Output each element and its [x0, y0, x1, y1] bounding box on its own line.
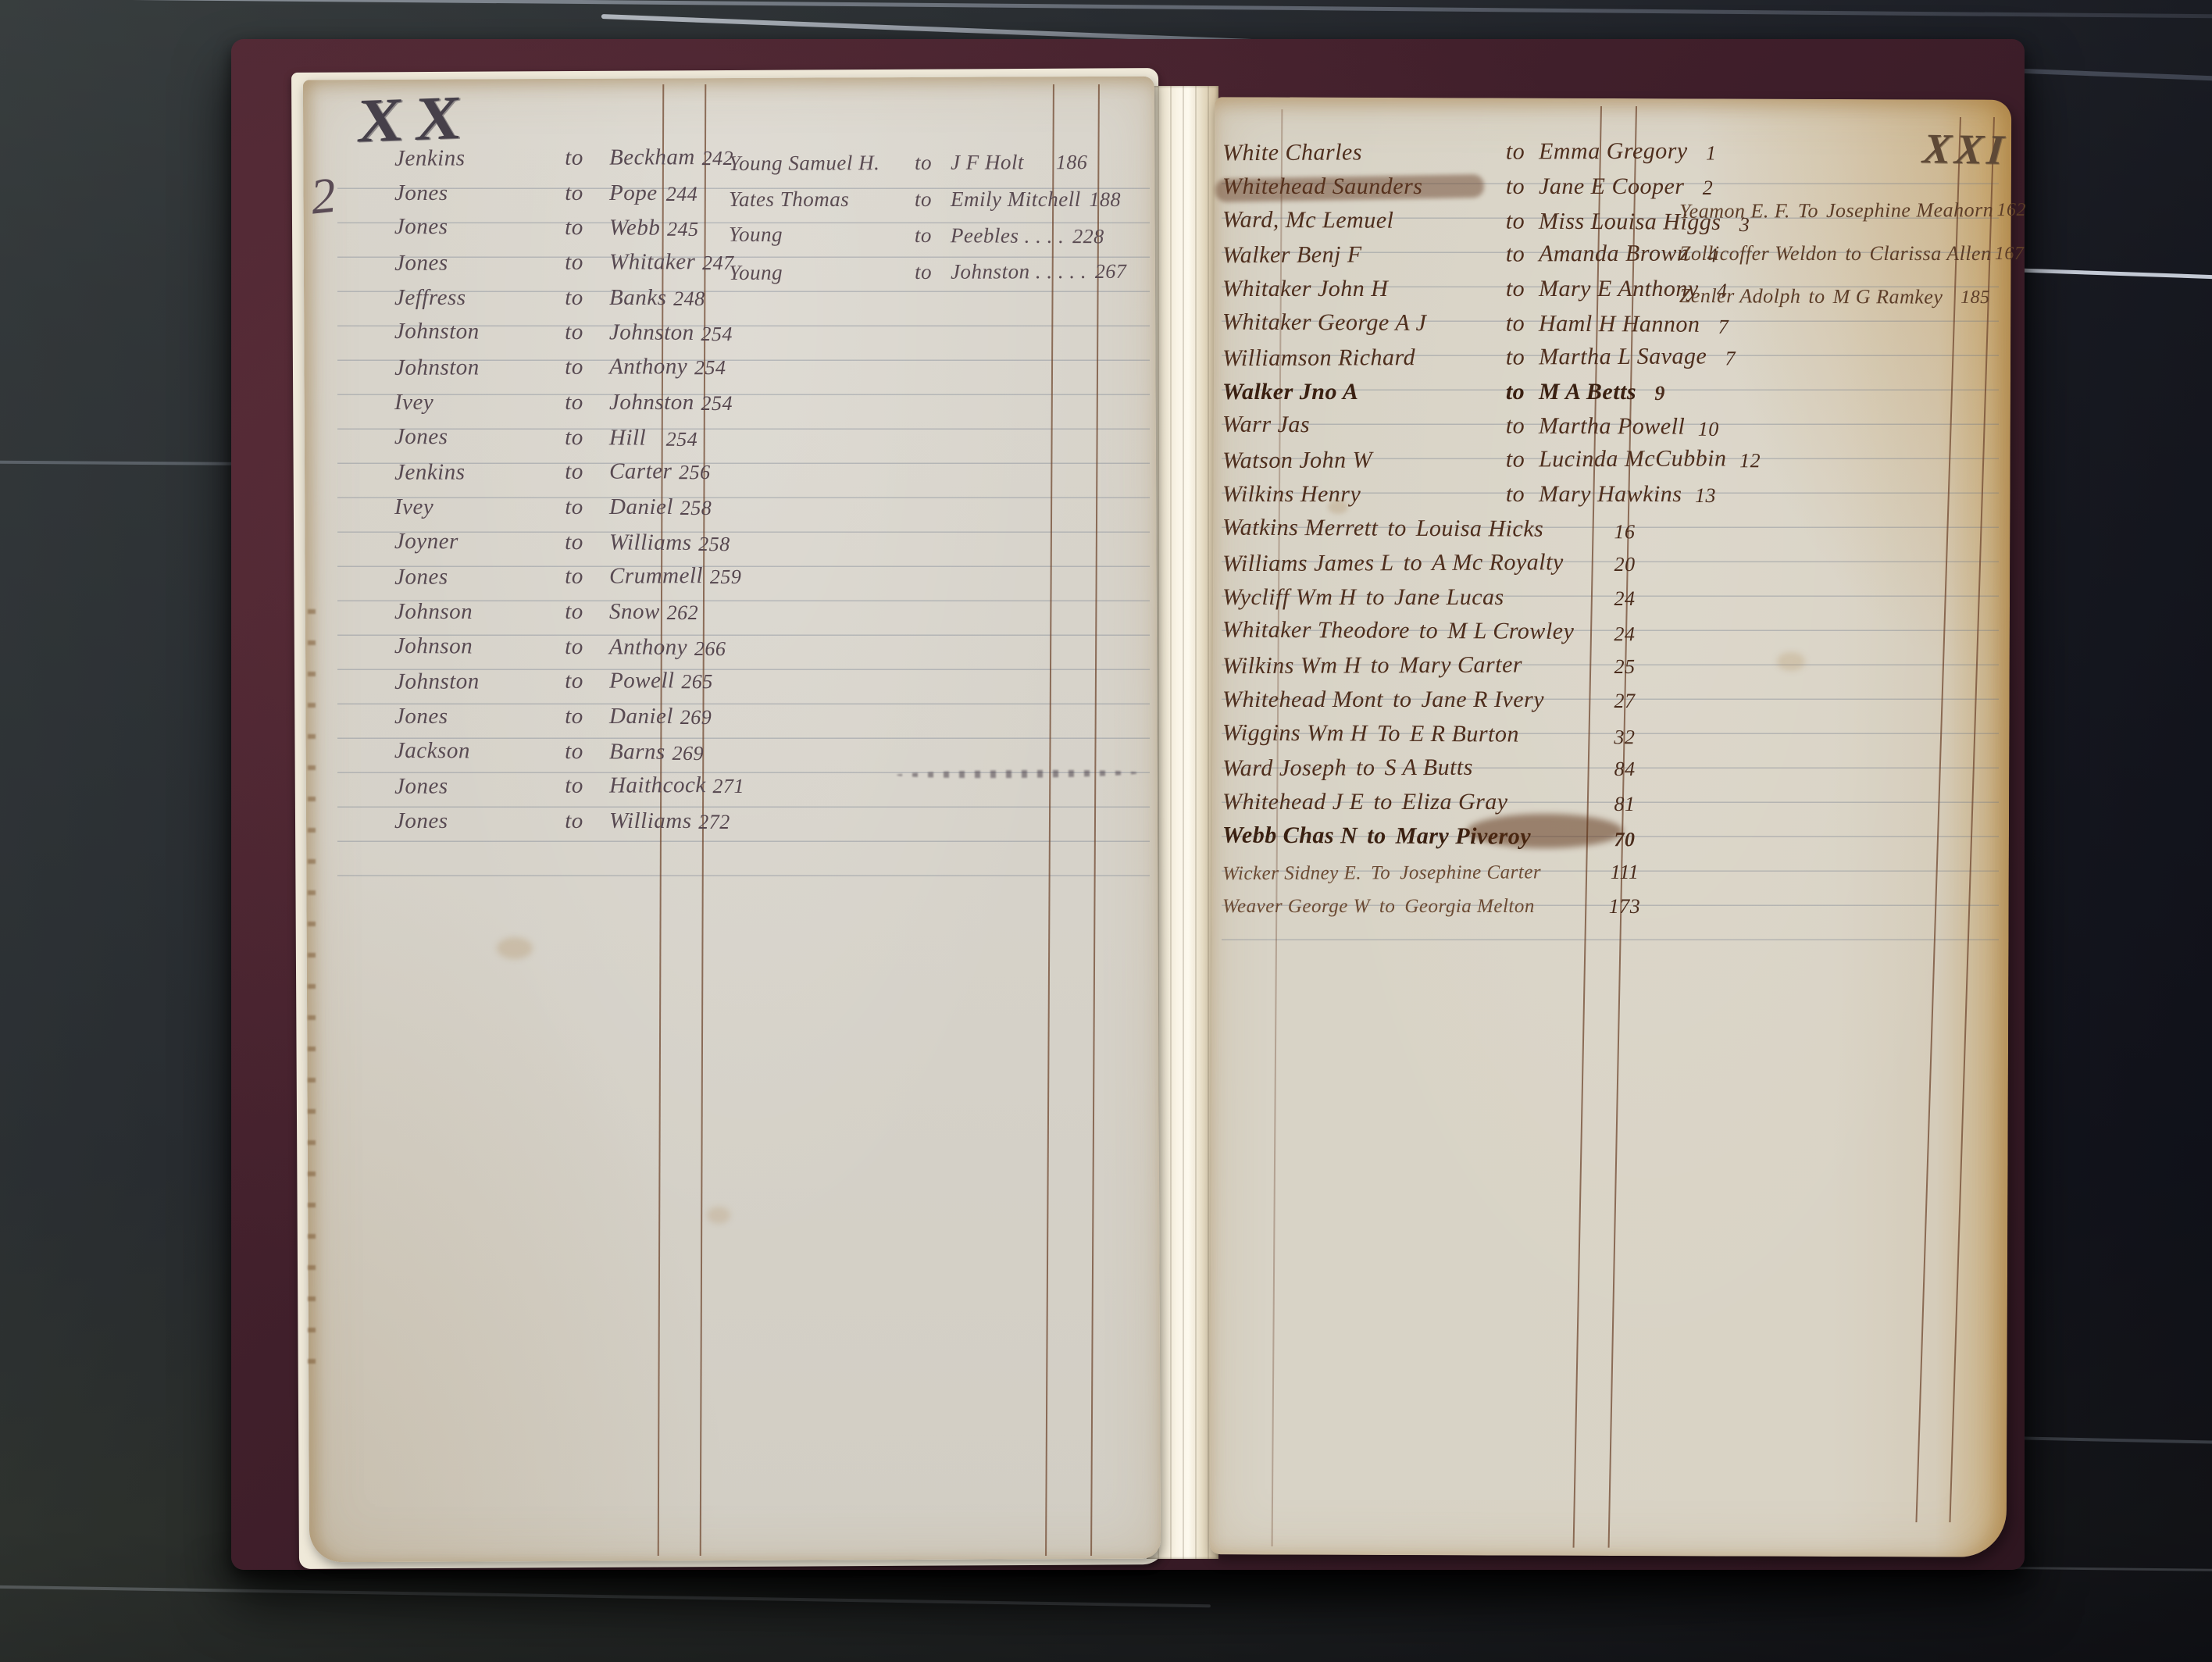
connector-to: to — [1393, 687, 1411, 712]
deed-page-number: 111 — [1601, 861, 1648, 883]
connector-to: to — [539, 391, 609, 414]
connector-to: to — [1492, 482, 1539, 507]
grantee-name: Martha Powell — [1539, 414, 1685, 439]
index-entry-row: Johnston to Johnston 254 — [394, 309, 705, 345]
grantor-name: Whitaker John H — [1222, 276, 1492, 301]
deed-page-number: 254 — [694, 393, 740, 414]
deed-page-number: 259 — [703, 567, 748, 589]
connector-to: to — [539, 600, 609, 623]
connector-to: to — [539, 216, 609, 241]
grantor-name: Williams James L — [1222, 551, 1394, 576]
grantee-name: Josephine Carter — [1400, 861, 1601, 883]
deed-page-number: 188 — [1081, 189, 1129, 210]
index-entry-row: Whitehead J E to Eliza Gray 81 — [1222, 780, 1648, 815]
connector-to: to — [539, 146, 609, 170]
grantor-name: Zenler Adolph — [1679, 285, 1801, 307]
connector-to: To — [1798, 200, 1818, 221]
grantor-name: Ward, Mc Lemuel — [1222, 207, 1492, 233]
grantor-name: Joyner — [394, 530, 539, 554]
grantor-name: Jeffress — [394, 286, 539, 309]
deed-page-number: 16 — [1601, 520, 1648, 542]
index-entry-row: Whitaker George A J to Haml H Hannon 7 — [1222, 301, 1648, 337]
connector-to: to — [1845, 243, 1861, 264]
deed-page-number: 245 — [660, 219, 705, 241]
index-entry-row: Whitaker John H to Mary E Anthony 4 — [1222, 267, 1648, 301]
grantee-name: Snow — [609, 600, 660, 623]
grantor-name: Jones — [394, 809, 539, 833]
grantor-name: Jones — [394, 216, 539, 240]
foxing-stain — [497, 937, 533, 959]
connector-to: to — [1492, 276, 1539, 301]
ink-blot-smudge — [1467, 814, 1623, 848]
index-entry-row: Wycliff Wm H to Jane Lucas 24 — [1222, 575, 1648, 609]
grantee-name: Haithcock — [609, 774, 706, 798]
grantee-name: M A Betts — [1539, 380, 1636, 405]
deed-page-number: 269 — [673, 707, 719, 728]
index-list-left-col1: Jenkins to Beckham 242 Jones to Pope 244… — [394, 135, 705, 833]
connector-to: to — [1373, 790, 1392, 815]
grantor-name: Jenkins — [394, 460, 539, 484]
deed-page-number: 266 — [687, 638, 733, 660]
connector-to: to — [1404, 551, 1422, 576]
grantor-name: Jones — [394, 181, 539, 205]
deed-page-number: 254 — [659, 429, 705, 451]
deed-page-number: 167 — [1992, 244, 2028, 264]
grantee-name: Hill — [609, 426, 659, 450]
connector-to: to — [1492, 140, 1539, 165]
grantee-name: Peebles . . . . — [951, 224, 1065, 247]
deed-page-number: 269 — [665, 743, 711, 765]
grantee-name: Mary Carter — [1399, 652, 1601, 678]
grantor-name: Weaver George W — [1222, 897, 1370, 917]
connector-to: to — [1492, 174, 1539, 199]
connector-to: to — [539, 426, 609, 450]
connector-to: to — [1492, 345, 1539, 370]
connector-to: to — [1808, 286, 1825, 307]
grantor-name: Wycliff Wm H — [1222, 585, 1357, 610]
connector-to: to — [915, 152, 951, 174]
grantee-name: Williams — [609, 809, 692, 833]
deed-page-number: 84 — [1601, 758, 1648, 780]
foxing-stain — [707, 1207, 730, 1224]
ink-strikeout-smudge — [1215, 174, 1484, 202]
deed-page-number: 12 — [1726, 450, 1773, 472]
grantor-name: Young — [729, 223, 915, 247]
index-entry-row: Jones to Haithcock 271 — [394, 763, 705, 799]
deed-page-number: 228 — [1064, 226, 1112, 248]
grantor-name: Whitaker Theodore — [1222, 618, 1410, 644]
connector-to: to — [1387, 516, 1407, 541]
grantee-name: Pope — [609, 181, 659, 205]
index-entry-row: Ward Joseph to S A Butts 84 — [1222, 745, 1648, 781]
index-entry-row: Watson John W to Lucinda McCubbin 12 — [1222, 437, 1648, 473]
index-entry-row: Weaver George W to Georgia Melton 173 — [1222, 883, 1648, 918]
grantee-name: Josephine Meahorn — [1826, 199, 1993, 221]
index-entry-row: Jones to Daniel 269 — [394, 694, 705, 729]
grantor-name: Jones — [394, 704, 539, 728]
grantee-name: Louisa Hicks — [1416, 516, 1601, 542]
index-entry-row: Jenkins to Beckham 242 — [394, 134, 705, 170]
connector-to: to — [1356, 756, 1375, 781]
grantee-name: Lucinda McCubbin — [1539, 447, 1727, 473]
index-list-left-col2: Young Samuel H. to J F Holt 186 Yates Th… — [729, 137, 1096, 283]
grantor-name: Yeamon E. F. — [1679, 200, 1790, 222]
grantor-name: Jackson — [394, 739, 539, 763]
grantee-name: Anthony — [609, 635, 687, 659]
deed-page-number: 256 — [672, 462, 717, 484]
connector-to: to — [539, 286, 609, 309]
deed-page-number: 81 — [1601, 794, 1648, 815]
grantee-name: Haml H Hannon — [1539, 312, 1700, 337]
deed-page-number: 254 — [687, 357, 733, 379]
grantor-name: Ward Joseph — [1222, 756, 1347, 781]
deed-page-number: 262 — [660, 602, 705, 623]
index-entry-row: Jones to Hill 254 — [394, 413, 705, 450]
deed-page-number: 25 — [1601, 655, 1648, 677]
grantor-name: Ivey — [394, 391, 539, 414]
grantor-name: Walker Jno A — [1222, 380, 1492, 405]
connector-to: to — [1379, 897, 1395, 917]
grantor-name: Ivey — [394, 495, 539, 519]
connector-to: to — [539, 774, 609, 798]
deed-page-number: 7 — [1707, 348, 1754, 369]
grantee-name: Williams — [609, 530, 692, 555]
index-list-right-col1: White Charles to Emma Gregory 1 Whitehea… — [1222, 130, 1648, 917]
deed-page-number: 13 — [1682, 485, 1729, 506]
ledger-photo: XX XXI 2 Jenkins to Beckham 242 Jones to… — [0, 0, 2212, 1662]
grantor-name: Wilkins Wm H — [1222, 654, 1361, 679]
index-entry-row: Yeamon E. F. To Josephine Meahorn 162 — [1679, 177, 1993, 222]
connector-to: to — [1366, 585, 1385, 610]
grantor-name: Wilkins Henry — [1222, 482, 1492, 507]
index-entry-row: Jones to Webb 245 — [394, 204, 705, 241]
index-entry-row: Zenler Adolph to M G Ramkey 185 — [1679, 263, 1993, 308]
page-number-right: XXI — [1921, 124, 2009, 174]
grantor-name: Watkins Merrett — [1222, 515, 1379, 541]
grantor-name: Whitaker George A J — [1222, 310, 1492, 336]
grantor-name: Whitehead Mont — [1222, 687, 1383, 712]
index-entry-row: Wiggins Wm H To E R Burton 32 — [1222, 711, 1648, 747]
grantor-name: Wicker Sidney E. — [1222, 863, 1361, 884]
grantor-name: Jones — [394, 251, 539, 275]
grantee-name: Daniel — [609, 704, 673, 728]
grantee-name: Beckham — [609, 145, 695, 169]
deed-page-number: 162 — [1993, 201, 2029, 220]
grantor-name: Yates Thomas — [729, 188, 915, 210]
grantee-name: Barns — [609, 740, 665, 764]
grantor-name: Johnston — [394, 320, 539, 344]
grantee-name: Martha L Savage — [1539, 344, 1707, 369]
grantee-name: Jane R Ivery — [1421, 687, 1601, 712]
connector-to: to — [1419, 619, 1439, 644]
index-entry-row: Jones to Pope 244 — [394, 170, 705, 205]
grantee-name: Georgia Melton — [1404, 897, 1601, 917]
index-entry-row: Warr Jas to Martha Powell 10 — [1222, 403, 1648, 440]
connector-to: to — [539, 704, 609, 728]
index-entry-row: Johnston to Powell 265 — [394, 658, 705, 694]
grantor-name: Young Samuel H. — [729, 152, 915, 174]
deed-page-number: 258 — [691, 533, 737, 555]
connector-to: to — [1492, 448, 1539, 473]
grantor-name: Jones — [394, 775, 539, 799]
grantee-name: Mary Hawkins — [1539, 482, 1682, 507]
grantee-name: M L Crowley — [1447, 619, 1601, 645]
deed-page-number: 272 — [692, 811, 737, 833]
grantor-name: Jenkins — [394, 146, 539, 170]
index-entry-row: Walker Jno A to M A Betts 9 — [1222, 370, 1648, 405]
deed-page-number: 173 — [1601, 896, 1648, 917]
deed-page-number: 27 — [1601, 690, 1648, 712]
index-entry-row: Johnson to Snow 262 — [394, 589, 705, 624]
connector-to: To — [1377, 721, 1400, 746]
connector-to: to — [1492, 242, 1539, 267]
foxing-stain — [1328, 500, 1348, 514]
index-entry-row: Joyner to Williams 258 — [394, 519, 705, 555]
grantee-name: Emma Gregory — [1539, 139, 1688, 164]
deed-page-number: 9 — [1636, 383, 1683, 404]
deed-page-number: 24 — [1601, 623, 1648, 645]
grantee-name: Webb — [609, 216, 661, 241]
grantor-name: Jones — [394, 565, 539, 590]
deed-page-number: 267 — [1086, 260, 1135, 282]
index-entry-row: White Charles to Emma Gregory 1 — [1222, 130, 1648, 166]
grantee-name: Clarissa Allen — [1870, 243, 1992, 264]
index-entry-row: Whitaker Theodore to M L Crowley 24 — [1222, 608, 1648, 645]
grantee-name: Jane Lucas — [1394, 585, 1601, 610]
grantor-name: Zollicoffer Weldon — [1679, 243, 1837, 264]
index-entry-row: Jones to Crummell 259 — [394, 553, 705, 589]
connector-to: to — [539, 565, 609, 589]
deed-page-number: 7 — [1700, 316, 1746, 337]
grantor-name: Walker Benj F — [1222, 242, 1492, 268]
deed-page-number: 1 — [1688, 142, 1735, 164]
grantee-name: Emily Mitchell — [951, 188, 1081, 210]
connector-to: To — [1371, 863, 1390, 883]
connector-to: to — [1492, 209, 1539, 234]
grantee-name: Johnston . . . . . — [951, 260, 1086, 283]
grantee-name: Powell — [609, 669, 675, 694]
index-entry-row: Johnson to Anthony 266 — [394, 623, 705, 660]
deed-page-number: 186 — [1047, 152, 1096, 173]
index-entry-row: Jackson to Barns 269 — [394, 728, 705, 765]
connector-to: to — [1371, 654, 1390, 679]
grantor-name: Johnston — [394, 670, 539, 694]
grantee-name: S A Butts — [1384, 755, 1601, 781]
deed-page-number: 271 — [706, 776, 751, 798]
grantee-name: Johnston — [609, 321, 694, 345]
connector-to: to — [539, 809, 609, 833]
grantor-name: Johnson — [394, 600, 539, 623]
light-streak — [2011, 268, 2212, 280]
connector-to: to — [539, 635, 609, 659]
connector-to: to — [539, 355, 609, 380]
deed-page-number: 185 — [1957, 288, 1993, 308]
index-entry-row: Wilkins Henry to Mary Hawkins 13 — [1222, 473, 1648, 507]
grantee-name: Banks — [609, 286, 666, 309]
index-entry-row: Zollicoffer Weldon to Clarissa Allen 167 — [1679, 221, 1993, 264]
connector-to: to — [539, 460, 609, 484]
connector-to: to — [539, 251, 609, 275]
grantor-name: Warr Jas — [1222, 412, 1492, 438]
grantee-name: Carter — [609, 460, 672, 484]
grantee-name: J F Holt — [951, 151, 1047, 173]
index-entry-row: Yates Thomas to Emily Mitchell 188 — [729, 174, 1096, 211]
deed-page-number: 24 — [1601, 588, 1648, 609]
index-entry-row: Jones to Williams 272 — [394, 798, 705, 833]
grantee-name: Jane E Cooper — [1539, 174, 1684, 199]
grantee-name: Crummell — [609, 565, 703, 589]
connector-to: to — [915, 188, 951, 210]
connector-to: to — [1492, 414, 1539, 439]
index-entry-row: Watkins Merrett to Louisa Hicks 16 — [1222, 505, 1648, 542]
grantor-name: Young — [729, 261, 915, 284]
deed-page-number: 32 — [1601, 726, 1648, 747]
index-entry-row: Young to Peebles . . . . 228 — [729, 209, 1096, 248]
page-edge-specks — [308, 609, 316, 1390]
index-entry-row: Ivey to Daniel 258 — [394, 484, 705, 519]
index-entry-row: Walker Benj F to Amanda Brown 4 — [1222, 232, 1648, 268]
index-entry-row: Whitehead Mont to Jane R Ivery 27 — [1222, 678, 1648, 712]
index-entry-row: Williams James L to A Mc Royalty 20 — [1222, 540, 1648, 576]
index-entry-row: Jenkins to Carter 256 — [394, 448, 705, 484]
connector-to: to — [539, 181, 609, 205]
grantor-name: Webb Chas N — [1222, 823, 1358, 848]
grantor-name: Wiggins Wm H — [1222, 720, 1368, 745]
connector-to: to — [539, 530, 609, 555]
index-entry-row: Young Samuel H. to J F Holt 186 — [729, 137, 1096, 175]
grantor-name: White Charles — [1222, 140, 1492, 166]
foxing-stain — [1777, 652, 1805, 671]
index-list-right-col2: Yeamon E. F. To Josephine Meahorn 162 Zo… — [1679, 178, 1993, 307]
index-entry-row: Young to Johnston . . . . . 267 — [729, 245, 1096, 284]
grantee-name: Amanda Brown — [1539, 241, 1689, 266]
grantor-name: Watson John W — [1222, 448, 1492, 473]
connector-to: to — [539, 495, 609, 519]
connector-to: to — [1492, 380, 1539, 405]
connector-to: to — [539, 740, 609, 764]
index-entry-row: Johnston to Anthony 254 — [394, 344, 705, 380]
grantee-name: Johnston — [609, 391, 694, 414]
connector-to: to — [1492, 312, 1539, 337]
grantor-name: Johnson — [394, 634, 539, 658]
grantee-name: Eliza Gray — [1402, 790, 1601, 815]
deed-page-number: 20 — [1601, 553, 1648, 575]
deed-page-number: 248 — [666, 288, 712, 309]
index-entry-row: Ward, Mc Lemuel to Miss Louisa Higgs 3 — [1222, 198, 1648, 234]
index-entry-row: Wilkins Wm H to Mary Carter 25 — [1222, 643, 1648, 679]
grantor-name: Williamson Richard — [1222, 345, 1492, 371]
grantee-name: Mary E Anthony — [1539, 276, 1699, 301]
index-entry-row: Williamson Richard to Martha L Savage 7 — [1222, 335, 1648, 371]
grantee-name: E R Burton — [1410, 722, 1601, 747]
index-entry-row: Jeffress to Banks 248 — [394, 275, 705, 310]
deed-page-number: 258 — [673, 498, 719, 519]
grantee-name: Whitaker — [609, 250, 695, 274]
grantee-name: Anthony — [609, 355, 687, 380]
deed-page-number: 244 — [659, 184, 705, 205]
connector-to: to — [915, 260, 951, 283]
grantee-name: M G Ramkey — [1833, 286, 1957, 308]
deed-page-number: 254 — [694, 324, 740, 346]
connector-to: to — [1367, 824, 1386, 849]
grantor-name: Whitehead J E — [1222, 790, 1364, 815]
connector-to: to — [539, 321, 609, 345]
grantor-name: Jones — [394, 425, 539, 449]
index-entry-row: Wicker Sidney E. To Josephine Carter 111 — [1222, 848, 1648, 884]
grantor-name: Johnston — [394, 355, 539, 380]
connector-to: to — [915, 224, 951, 247]
index-entry-row: Ivey to Johnston 254 — [394, 380, 705, 415]
connector-to: to — [539, 669, 609, 694]
deed-page-number: 265 — [675, 672, 720, 694]
deed-page-number: 10 — [1685, 419, 1732, 440]
light-streak — [0, 0, 2212, 19]
grantee-name: Daniel — [609, 495, 673, 519]
index-entry-row: Jones to Whitaker 247 — [394, 239, 705, 275]
grantee-name: A Mc Royalty — [1432, 550, 1601, 575]
